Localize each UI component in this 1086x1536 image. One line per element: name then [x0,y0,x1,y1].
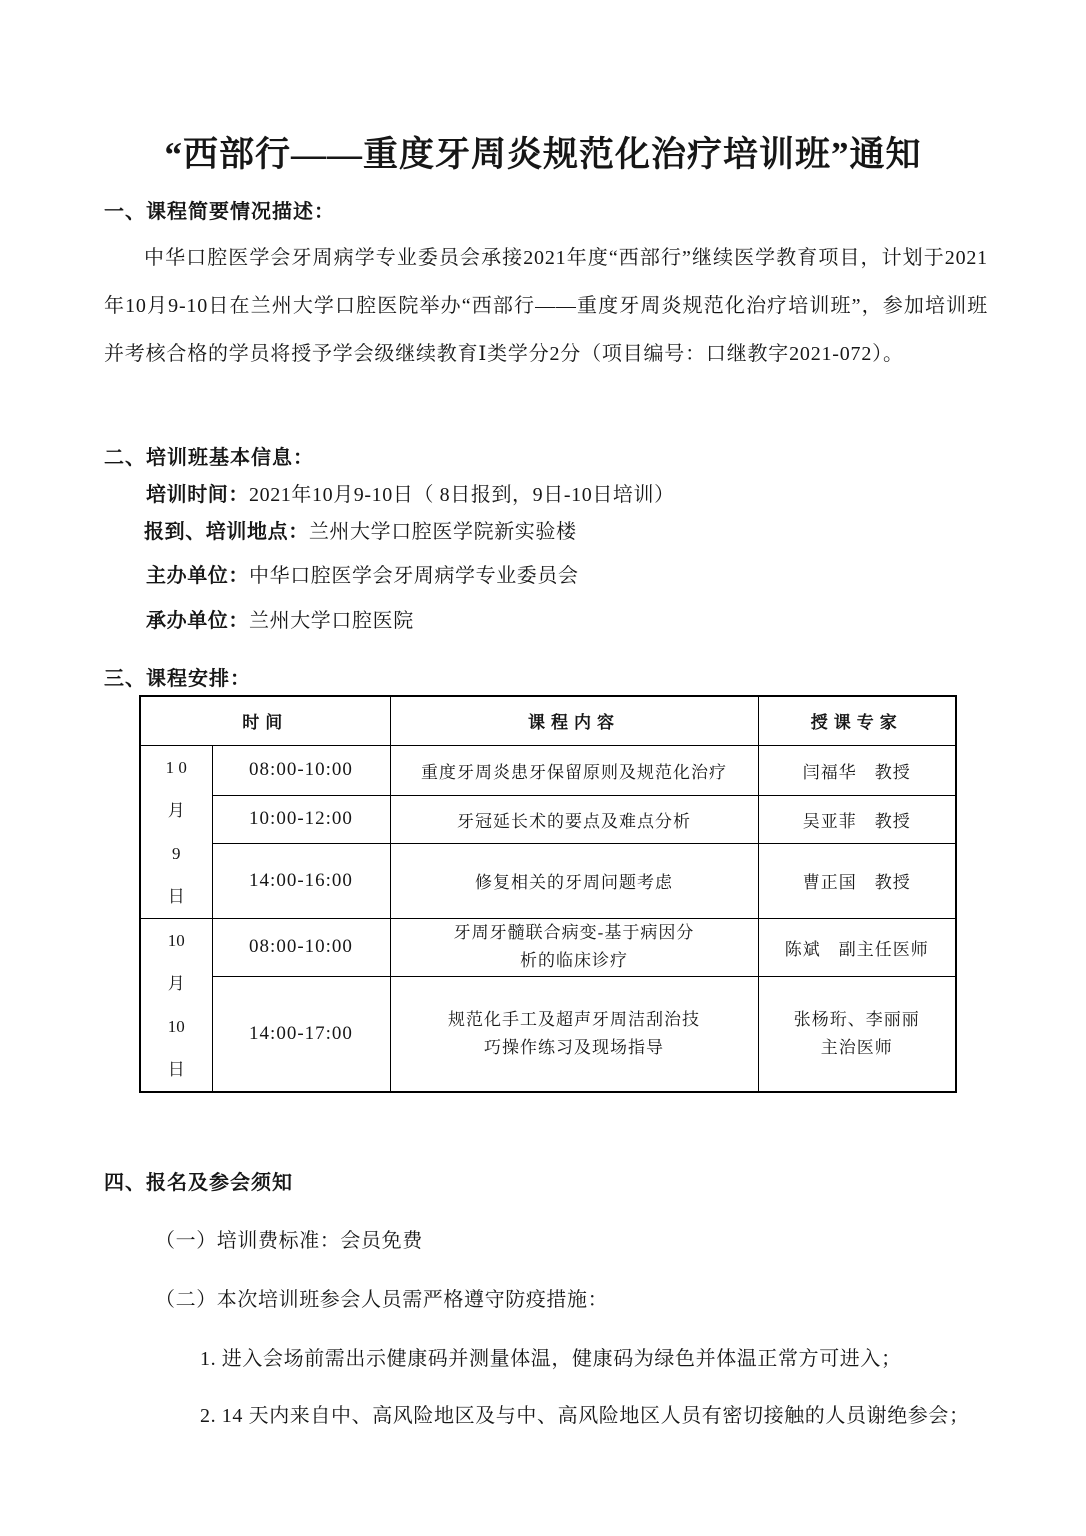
expert-cell: 张杨珩、李丽丽 主治医师 [758,976,956,1092]
expert-cell: 曹正国 教授 [758,844,956,918]
content-line: 牙周牙髓联合病变-基于病因分 [395,919,754,947]
info-line-host: 主办单位：中华口腔医学会牙周病学专业委员会 [146,559,579,588]
notice-note-1: 1. 进入会场前需出示健康码并测量体温，健康码为绿色并体温正常方可进入； [200,1342,902,1371]
section1-paragraph: 中华口腔医学会牙周病学专业委员会承接2021年度“西部行”继续医学教育项目，计划… [104,234,988,378]
expert-line: 主治医师 [763,1034,952,1062]
date-char: 10 [145,1005,208,1048]
table-row: 1 0 月 9 日 08:00-10:00 重度牙周炎患牙保留原则及规范化治疗 … [140,745,956,795]
date-char: 月 [145,962,208,1005]
notice-note-2: 2. 14 天内来自中、高风险地区及与中、高风险地区人员有密切接触的人员谢绝参会… [200,1399,970,1428]
content-cell: 牙周牙髓联合病变-基于病因分 析的临床诊疗 [390,918,758,976]
date-char: 1 0 [145,746,208,789]
notice-item-epidemic: （二）本次培训班参会人员需严格遵守防疫措施： [155,1283,608,1312]
table-header-row: 时间 课程内容 授课专家 [140,696,956,745]
date-char: 9 [145,832,208,875]
content-cell: 牙冠延长术的要点及难点分析 [390,795,758,843]
time-cell: 08:00-10:00 [212,745,390,795]
info-value: 兰州大学口腔医学院新实验楼 [309,521,577,543]
content-cell: 修复相关的牙周问题考虑 [390,844,758,918]
info-line-organizer: 承办单位：兰州大学口腔医院 [146,604,414,633]
time-cell: 10:00-12:00 [212,795,390,843]
info-value: 中华口腔医学会牙周病学专业委员会 [249,565,579,587]
expert-cell: 闫福华 教授 [758,745,956,795]
section2-heading: 二、培训班基本信息： [104,441,314,470]
info-label: 承办单位： [146,610,249,632]
table-row: 10 月 10 日 08:00-10:00 牙周牙髓联合病变-基于病因分 析的临… [140,918,956,976]
header-content: 课程内容 [390,696,758,745]
date-char: 日 [145,1048,208,1091]
info-label: 培训时间： [146,484,249,506]
date-cell-oct10: 10 月 10 日 [140,918,212,1092]
info-value: 兰州大学口腔医院 [249,610,414,632]
content-line: 巧操作练习及现场指导 [395,1034,754,1062]
info-label: 报到、培训地点： [144,521,309,543]
date-cell-oct9: 1 0 月 9 日 [140,745,212,918]
expert-cell: 吴亚菲 教授 [758,795,956,843]
notice-item-fee: （一）培训费标准：会员免费 [155,1224,423,1253]
section4-heading: 四、报名及参会须知 [104,1166,293,1195]
time-cell: 14:00-17:00 [212,976,390,1092]
time-cell: 14:00-16:00 [212,844,390,918]
schedule-table: 时间 课程内容 授课专家 1 0 月 9 日 08:00-10:00 重度牙周炎… [139,695,957,1093]
table-row: 14:00-16:00 修复相关的牙周问题考虑 曹正国 教授 [140,844,956,918]
date-char: 10 [145,919,208,962]
document-page: “西部行——重度牙周炎规范化治疗培训班”通知 一、课程简要情况描述： 中华口腔医… [0,0,1086,1536]
time-cell: 08:00-10:00 [212,918,390,976]
page-title: “西部行——重度牙周炎规范化治疗培训班”通知 [0,127,1086,177]
expert-cell: 陈斌 副主任医师 [758,918,956,976]
header-expert: 授课专家 [758,696,956,745]
content-cell: 重度牙周炎患牙保留原则及规范化治疗 [390,745,758,795]
info-line-location: 报到、培训地点：兰州大学口腔医学院新实验楼 [144,515,577,544]
expert-line: 张杨珩、李丽丽 [763,1006,952,1034]
content-line: 析的临床诊疗 [395,947,754,975]
info-value: 2021年10月9-10日（ 8日报到，9日-10日培训） [249,484,675,506]
info-label: 主办单位： [146,565,249,587]
table-row: 14:00-17:00 规范化手工及超声牙周洁刮治技 巧操作练习及现场指导 张杨… [140,976,956,1092]
date-char: 月 [145,789,208,832]
content-cell: 规范化手工及超声牙周洁刮治技 巧操作练习及现场指导 [390,976,758,1092]
info-line-time: 培训时间：2021年10月9-10日（ 8日报到，9日-10日培训） [146,478,675,507]
section3-heading: 三、课程安排： [104,662,251,691]
content-line: 规范化手工及超声牙周洁刮治技 [395,1006,754,1034]
header-time: 时间 [140,696,390,745]
table-row: 10:00-12:00 牙冠延长术的要点及难点分析 吴亚菲 教授 [140,795,956,843]
date-char: 日 [145,875,208,918]
section1-heading: 一、课程简要情况描述： [104,195,335,224]
